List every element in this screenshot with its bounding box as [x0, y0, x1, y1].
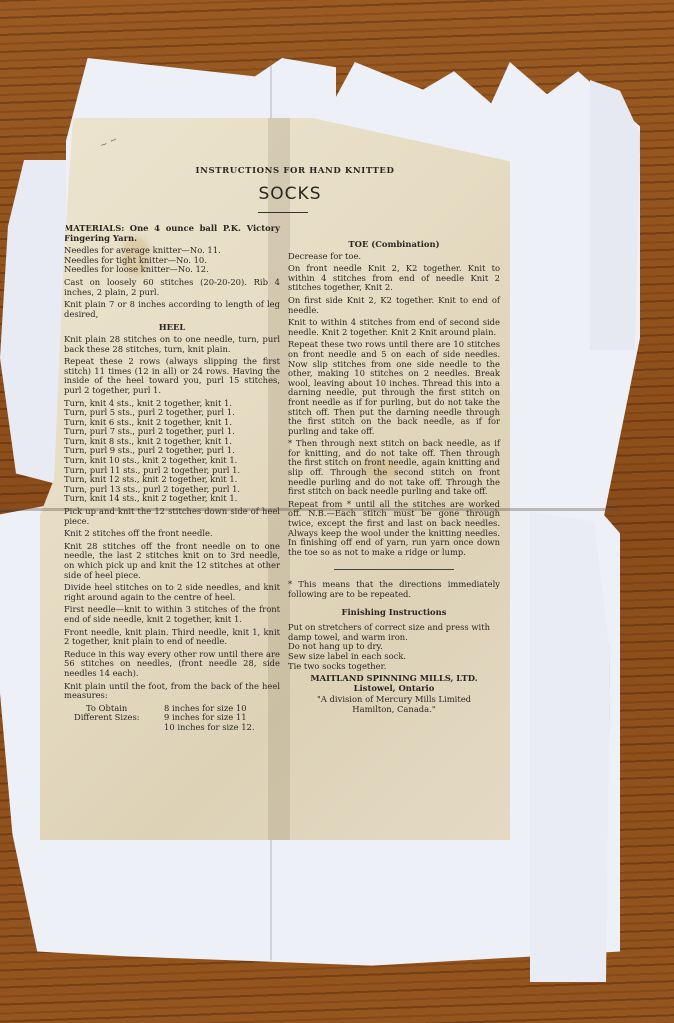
- footnote: * This means that the directions immedia…: [288, 580, 500, 599]
- turn-row: Turn, knit 14 sts., knit 2 together, kni…: [64, 494, 280, 504]
- knit-two-off: Knit 2 stitches off the front needle.: [64, 529, 280, 539]
- cast-on: Cast on loosely 60 stitches (20-20-20). …: [64, 278, 280, 297]
- reduce: Reduce in this way every other row until…: [64, 650, 280, 679]
- toe-step: On first side Knit 2, K2 together. Knit …: [288, 296, 500, 315]
- size-table: To Obtain 8 inches for size 10 Different…: [74, 704, 280, 733]
- heel-turn-rows: Turn, knit 4 sts., knit 2 together, knit…: [64, 399, 280, 505]
- finishing-list: Put on stretchers of correct size and pr…: [288, 623, 500, 671]
- leg-length: Knit plain 7 or 8 inches according to le…: [64, 300, 280, 319]
- toe-step: On front needle Knit 2, K2 together. Kni…: [288, 264, 500, 293]
- left-column: MATERIALS: One 4 ounce ball P.K. Victory…: [64, 224, 280, 733]
- toe-heading: TOE (Combination): [288, 240, 500, 250]
- divider: [334, 569, 454, 570]
- front-needle: Front needle, knit plain. Third needle, …: [64, 628, 280, 647]
- toe-step: Repeat these two rows until there are 10…: [288, 340, 500, 436]
- heel-step-1: Knit plain 28 stitches on to one needle,…: [64, 335, 280, 354]
- right-column: TOE (Combination) Decrease for toe. On f…: [288, 236, 500, 715]
- materials: MATERIALS: One 4 ounce ball P.K. Victory…: [64, 224, 280, 243]
- heel-step-2: Repeat these 2 rows (always slipping the…: [64, 357, 280, 395]
- size-label: Different Sizes:: [74, 713, 164, 723]
- toe-step: Knit to within 4 stitches from end of se…: [288, 318, 500, 337]
- finishing-heading: Finishing Instructions: [288, 608, 500, 618]
- paper-right-flap: [590, 80, 640, 350]
- heel-heading: HEEL: [64, 323, 280, 333]
- company-location: Listowel, Ontario: [288, 684, 500, 694]
- first-needle: First needle—knit to within 3 stitches o…: [64, 605, 280, 624]
- paper-right-low: [530, 512, 610, 982]
- title-underline: [258, 212, 308, 213]
- size-row: 10 inches for size 12.: [164, 723, 280, 733]
- handwritten-annotation: ~ ~: [99, 135, 119, 152]
- leaflet-title: SOCKS: [40, 184, 510, 204]
- toe-step: Decrease for toe.: [288, 252, 500, 262]
- knit-28-off: Knit 28 stitches off the front needle on…: [64, 542, 280, 580]
- divide-heel: Divide heel stitches on to 2 side needle…: [64, 583, 280, 602]
- needles-list: Needles for average knitter—No. 11. Need…: [64, 246, 280, 275]
- toe-step: * Then through next stitch on back needl…: [288, 439, 500, 497]
- foot-length: Knit plain until the foot, from the back…: [64, 682, 280, 701]
- instruction-leaflet: ~ ~ INSTRUCTIONS FOR HAND KNITTED SOCKS …: [40, 118, 510, 840]
- fold-line-horizontal: [0, 508, 620, 511]
- company-division-city: Hamilton, Canada.": [288, 705, 500, 715]
- leaflet-subtitle: INSTRUCTIONS FOR HAND KNITTED: [40, 166, 510, 176]
